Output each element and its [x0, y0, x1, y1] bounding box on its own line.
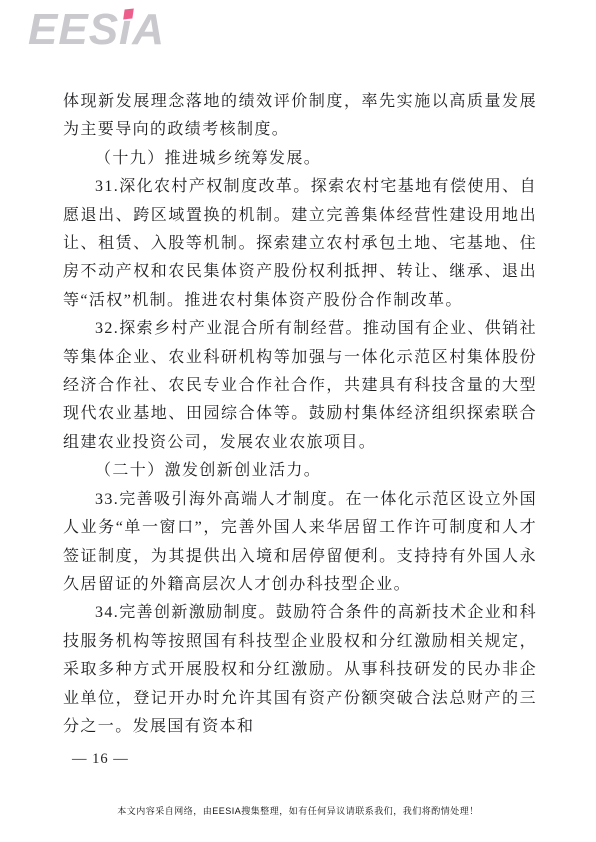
brand-logo: EESıA	[28, 6, 165, 54]
document-body: 体现新发展理念落地的绩效评价制度，率先实施以高质量发展为主要导向的政绩考核制度。…	[63, 88, 537, 741]
logo-text-suffix: A	[132, 5, 165, 54]
paragraph-item-32: 32.探索乡村产业混合所有制经营。推动国有企业、供销社等集体企业、农业科研机构等…	[63, 315, 537, 457]
paragraph-heading-19: （十九）推进城乡统筹发展。	[63, 145, 537, 173]
paragraph-continuation: 体现新发展理念落地的绩效评价制度，率先实施以高质量发展为主要导向的政绩考核制度。	[63, 88, 537, 145]
logo-accent-dot-icon	[123, 9, 134, 20]
paragraph-item-31: 31.深化农村产权制度改革。探索农村宅基地有偿使用、自愿退出、跨区域置换的机制。…	[63, 173, 537, 315]
paragraph-item-34: 34.完善创新激励制度。鼓励符合条件的高新技术企业和科技服务机构等按照国有科技型…	[63, 599, 537, 741]
page-number: — 16 —	[72, 751, 129, 768]
paragraph-item-33: 33.完善吸引海外高端人才制度。在一体化示范区设立外国人业务“单一窗口”，完善外…	[63, 486, 537, 600]
logo-letter-i: ı	[119, 6, 132, 54]
footer-disclaimer: 本文内容采自网络，由EESIA搜集整理，如有任何异议请联系我们，我们将酌情处理！	[0, 804, 596, 817]
document-page: EESıA 体现新发展理念落地的绩效评价制度，率先实施以高质量发展为主要导向的政…	[0, 0, 596, 842]
logo-text-prefix: EES	[28, 5, 119, 54]
paragraph-heading-20: （二十）激发创新创业活力。	[63, 457, 537, 485]
